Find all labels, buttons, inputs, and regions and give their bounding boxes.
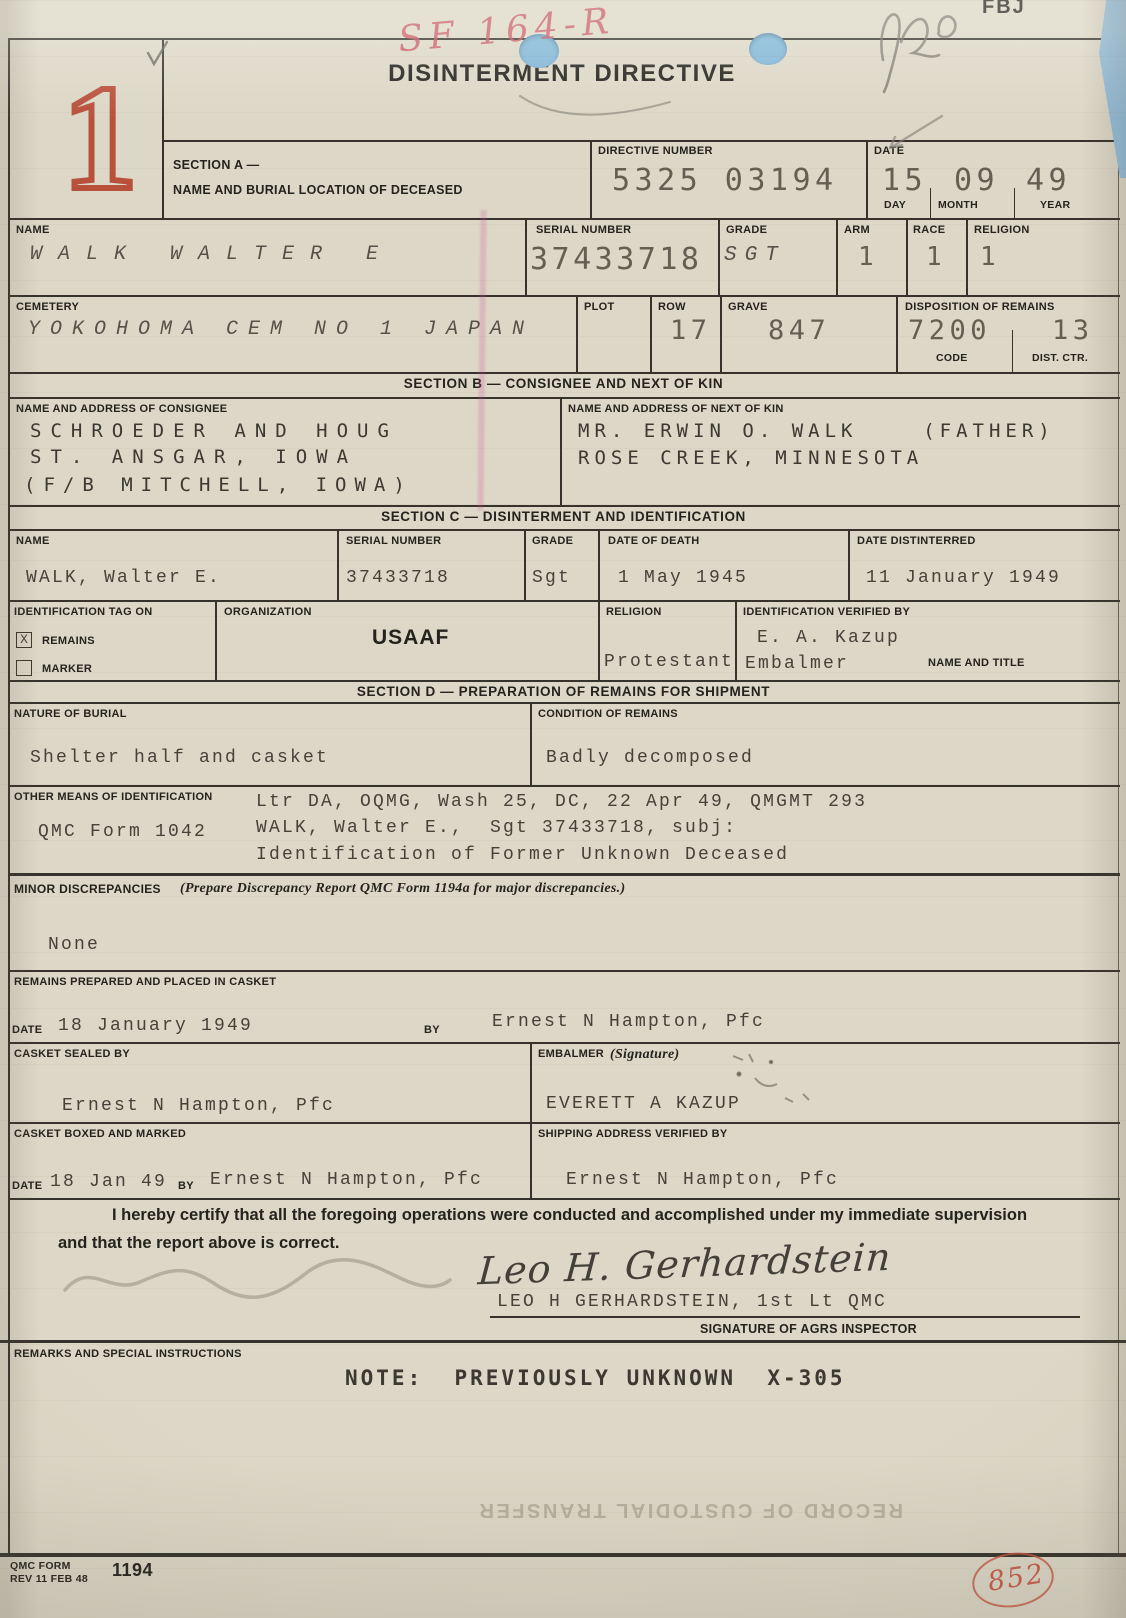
directive-number-label: DIRECTIVE NUMBER <box>598 145 713 157</box>
divider-line <box>8 1122 1120 1124</box>
casket-boxed-label: CASKET BOXED AND MARKED <box>14 1128 186 1140</box>
c-religion-value: Protestant <box>604 652 734 672</box>
remarks-label: REMARKS AND SPECIAL INSTRUCTIONS <box>14 1348 242 1360</box>
prepared-date-label: DATE <box>12 1024 42 1036</box>
month-label: MONTH <box>938 199 978 211</box>
divider-line <box>896 295 898 372</box>
ink-smudge <box>725 1048 845 1118</box>
form-number: 1194 <box>112 1560 153 1581</box>
organization-value: USAAF <box>372 626 449 650</box>
signature-rule <box>490 1316 1080 1318</box>
red-stamp-circle: 852 <box>968 1547 1057 1613</box>
inspector-signature-typed: LEO H GERHARDSTEIN, 1st Lt QMC <box>497 1292 887 1312</box>
remains-checkbox-label: REMAINS <box>42 635 95 647</box>
form-id-line-2: REV 11 FEB 48 <box>10 1573 88 1585</box>
other-means-label: OTHER MEANS OF IDENTIFICATION <box>14 791 213 803</box>
prepared-by-label: BY <box>424 1024 440 1036</box>
c-grade-label: GRADE <box>532 535 573 547</box>
red-stamp-number: 852 <box>986 1558 1048 1598</box>
remains-prepared-label: REMAINS PREPARED AND PLACED IN CASKET <box>14 976 276 988</box>
divider-line <box>590 140 592 218</box>
embalmer-signature-label: (Signature) <box>610 1047 679 1063</box>
dist-ctr-value: 13 <box>1052 315 1094 346</box>
divider-line <box>735 600 737 680</box>
pencil-title-curve <box>512 90 682 130</box>
remains-checkbox: X <box>16 632 32 648</box>
verified-title-value: Embalmer <box>745 654 849 674</box>
embalmer-label: EMBALMER <box>538 1048 604 1060</box>
form-border-right <box>1118 38 1119 1555</box>
divider-line <box>0 1553 1126 1557</box>
plot-label: PLOT <box>584 301 615 313</box>
religion-label: RELIGION <box>974 224 1030 236</box>
id-tag-label: IDENTIFICATION TAG ON <box>14 606 153 618</box>
form-id-line-1: QMC FORM <box>10 1560 71 1572</box>
divider-line <box>162 140 1120 142</box>
divider-line <box>930 188 931 218</box>
boxed-date-label: DATE <box>12 1180 42 1192</box>
other-means-line-2: WALK, Walter E., Sgt 37433718, subj: <box>256 818 737 838</box>
divider-line <box>576 295 578 372</box>
scanner-backing-corner <box>1096 0 1126 178</box>
nature-of-burial-value: Shelter half and casket <box>30 748 329 768</box>
condition-of-remains-value: Badly decomposed <box>546 748 754 768</box>
divider-line <box>1014 188 1015 218</box>
c-religion-label: RELIGION <box>606 606 662 618</box>
next-of-kin-label: NAME AND ADDRESS OF NEXT OF KIN <box>568 403 784 415</box>
other-means-form-value: QMC Form 1042 <box>38 822 207 842</box>
boxed-by-label: BY <box>178 1180 194 1192</box>
pencil-arrow <box>880 112 950 157</box>
divider-line <box>8 295 1120 297</box>
embalmer-name-value: EVERETT A KAZUP <box>546 1094 741 1114</box>
divider-line <box>836 218 838 295</box>
minor-discrepancies-note: (Prepare Discrepancy Report QMC Form 119… <box>180 881 625 897</box>
divider-line <box>530 1042 532 1198</box>
minor-discrepancies-value: None <box>48 935 100 955</box>
divider-line <box>906 218 908 295</box>
divider-line <box>560 397 562 505</box>
divider-line <box>8 1198 1120 1200</box>
form-title: DISINTERMENT DIRECTIVE <box>162 60 962 88</box>
disposition-label: DISPOSITION OF REMAINS <box>905 301 1055 313</box>
pink-streak <box>477 210 486 510</box>
serial-number-value: 37433718 <box>530 242 703 277</box>
form-border-left <box>8 38 10 1555</box>
punch-hole-right <box>749 33 787 65</box>
svg-text:1: 1 <box>63 55 138 221</box>
divider-line <box>8 1042 1120 1044</box>
row-value: 17 <box>670 315 712 346</box>
divider-line <box>966 218 968 295</box>
day-label: DAY <box>884 199 906 211</box>
date-of-death-label: DATE OF DEATH <box>608 535 700 547</box>
signature-caption: SIGNATURE OF AGRS INSPECTOR <box>700 1322 917 1336</box>
name-label: NAME <box>16 224 50 236</box>
bleedthrough-text: RECORD OF CUSTODIAL TRANSFER <box>420 1498 960 1521</box>
c-serial-label: SERIAL NUMBER <box>346 535 441 547</box>
divider-line <box>525 218 527 295</box>
grade-label: GRADE <box>726 224 767 236</box>
date-of-death-value: 1 May 1945 <box>618 568 748 588</box>
section-a-heading-2: NAME AND BURIAL LOCATION OF DECEASED <box>173 183 463 197</box>
divider-line <box>8 529 1120 531</box>
casket-sealed-label: CASKET SEALED BY <box>14 1048 130 1060</box>
nature-of-burial-label: NATURE OF BURIAL <box>14 708 127 720</box>
cemetery-value: YOKOHOMA CEM NO 1 JAPAN <box>28 318 534 341</box>
arm-value: 1 <box>858 242 878 272</box>
pencil-initials-scribble <box>865 2 985 82</box>
remains-checkbox-x: X <box>20 632 28 647</box>
divider-line <box>598 529 600 680</box>
c-serial-value: 37433718 <box>346 568 450 588</box>
divider-line <box>337 529 339 600</box>
section-c-heading: SECTION C — DISINTERMENT AND IDENTIFICAT… <box>8 509 1119 524</box>
year-label: YEAR <box>1040 199 1070 211</box>
section-b-heading: SECTION B — CONSIGNEE AND NEXT OF KIN <box>8 376 1119 391</box>
divider-line <box>8 785 1120 787</box>
date-month-value: 09 <box>954 163 999 198</box>
consignee-line-3: (F/B MITCHELL, IOWA) <box>24 474 413 496</box>
section-a-heading-1: SECTION A — <box>173 158 259 172</box>
religion-value: 1 <box>980 242 1000 272</box>
inspector-signature-script: Leo H. Gerhardstein <box>477 1235 893 1294</box>
divider-line <box>215 600 217 680</box>
shipping-verified-value: Ernest N Hampton, Pfc <box>566 1170 839 1190</box>
divider-line <box>8 702 1120 704</box>
section-d-heading: SECTION D — PREPARATION OF REMAINS FOR S… <box>8 684 1119 699</box>
divider-line <box>650 295 652 372</box>
name-value: WALK WALTER E <box>30 243 394 266</box>
ghost-signature-scribble <box>55 1245 455 1315</box>
next-of-kin-line-2: ROSE CREEK, MINNESOTA <box>578 447 923 469</box>
consignee-line-1: SCHROEDER AND HOUG <box>30 420 398 442</box>
divider-line <box>8 218 1120 220</box>
marker-checkbox <box>16 660 32 676</box>
divider-line <box>524 529 526 600</box>
name-and-title-label: NAME AND TITLE <box>928 657 1025 669</box>
date-year-value: 49 <box>1026 163 1071 198</box>
verified-name-value: E. A. Kazup <box>757 628 900 648</box>
corner-mark: FBJ <box>982 0 1026 19</box>
divider-line <box>8 600 1120 602</box>
race-label: RACE <box>913 224 945 236</box>
divider-line <box>8 873 1120 876</box>
divider-line <box>718 218 720 295</box>
organization-label: ORGANIZATION <box>224 606 312 618</box>
divider-line <box>8 397 1120 399</box>
boxed-by-value: Ernest N Hampton, Pfc <box>210 1170 483 1190</box>
c-name-value: WALK, Walter E. <box>26 568 221 588</box>
row-label: ROW <box>658 301 686 313</box>
c-name-label: NAME <box>16 535 50 547</box>
prepared-date-value: 18 January 1949 <box>58 1016 253 1036</box>
other-means-line-3: Identification of Former Unknown Decease… <box>256 845 789 865</box>
divider-line <box>8 680 1120 682</box>
directive-number-value: 5325 03194 <box>612 163 838 198</box>
divider-line <box>8 372 1120 374</box>
minor-discrepancies-label: MINOR DISCREPANCIES <box>14 882 161 896</box>
dist-ctr-label: DIST. CTR. <box>1032 352 1088 364</box>
divider-line <box>1012 330 1013 372</box>
consignee-label: NAME AND ADDRESS OF CONSIGNEE <box>16 403 227 415</box>
race-value: 1 <box>926 242 946 272</box>
marker-checkbox-label: MARKER <box>42 663 92 675</box>
condition-of-remains-label: CONDITION OF REMAINS <box>538 708 678 720</box>
remarks-note-value: NOTE: PREVIOUSLY UNKNOWN X-305 <box>345 1366 846 1390</box>
shipping-verified-label: SHIPPING ADDRESS VERIFIED BY <box>538 1128 728 1140</box>
arm-label: ARM <box>844 224 870 236</box>
cemetery-label: CEMETERY <box>16 301 79 313</box>
boxed-date-value: 18 Jan 49 <box>50 1172 167 1192</box>
date-disinterred-label: DATE DISTINTERRED <box>857 535 976 547</box>
date-disinterred-value: 11 January 1949 <box>866 568 1061 588</box>
disinterment-directive-form: SF 164-R RECORD OF CUSTODIAL TRANSFER FB… <box>0 0 1126 1618</box>
verified-by-label: IDENTIFICATION VERIFIED BY <box>743 606 910 618</box>
serial-number-label: SERIAL NUMBER <box>536 224 631 236</box>
grave-label: GRAVE <box>728 301 768 313</box>
grade-value: SGT <box>724 244 786 267</box>
casket-sealed-value: Ernest N Hampton, Pfc <box>62 1096 335 1116</box>
handwritten-red-mark: SF 164-R <box>397 1 617 61</box>
certification-line-1: I hereby certify that all the foregoing … <box>112 1206 1027 1225</box>
c-grade-value: Sgt <box>532 568 571 588</box>
copy-number-numeral: 1 <box>45 50 155 210</box>
consignee-line-2: ST. ANSGAR, IOWA <box>30 446 357 468</box>
next-of-kin-line-1: MR. ERWIN O. WALK (FATHER) <box>578 420 1055 442</box>
divider-line <box>530 702 532 785</box>
divider-line <box>8 970 1120 972</box>
code-label: CODE <box>936 352 968 364</box>
divider-line <box>0 1340 1126 1343</box>
divider-line <box>8 505 1120 507</box>
prepared-by-value: Ernest N Hampton, Pfc <box>492 1012 765 1032</box>
other-means-line-1: Ltr DA, OQMG, Wash 25, DC, 22 Apr 49, QM… <box>256 792 867 812</box>
grave-value: 847 <box>768 315 830 346</box>
divider-line <box>720 295 722 372</box>
divider-line <box>866 140 868 218</box>
disposition-code-value: 7200 <box>908 315 991 346</box>
date-day-value: 15 <box>882 163 927 198</box>
divider-line <box>848 529 850 600</box>
